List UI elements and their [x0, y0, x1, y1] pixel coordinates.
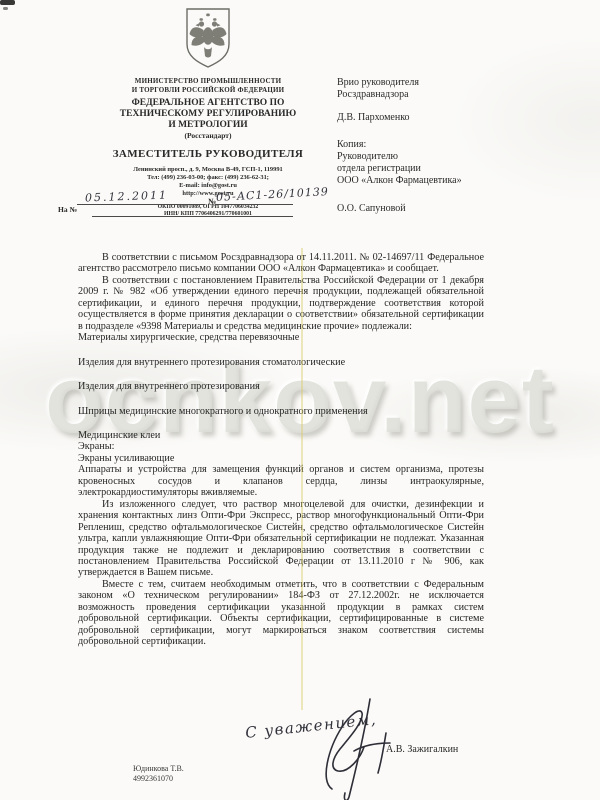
incoming-number-label: На №	[58, 205, 77, 214]
list-item: Медицинские клеи	[78, 430, 484, 441]
executor-name: Юдинкова Т.В.	[133, 764, 184, 774]
list-item: Изделия для внутреннего протезирования с…	[78, 357, 484, 368]
recipient-position-line2: Росздравнадзора	[337, 89, 567, 101]
inn-kpp: ИНН/ КПП 7706406291/770601001	[85, 211, 331, 218]
russian-coat-of-arms-icon	[182, 6, 234, 75]
letter-body: В соответствии с письмом Росздравнадзора…	[78, 252, 484, 648]
ministry-name: МИНИСТЕРСТВО ПРОМЫШЛЕННОСТИ И ТОРГОВЛИ Р…	[85, 77, 331, 94]
contact-address: Ленинский просп., д. 9, Москва В-49, ГСП…	[85, 166, 331, 174]
incoming-number-underline	[92, 216, 293, 217]
list-item: Материалы хирургические, средства перевя…	[78, 332, 484, 343]
fold-line-artifact	[301, 248, 303, 710]
list-item: Изделия для внутреннего протезирования	[78, 381, 484, 392]
list-item: Шприцы медицинские многократного и однок…	[78, 406, 484, 417]
paragraph-1: В соответствии с письмом Росздравнадзора…	[78, 252, 484, 275]
executor-block: Юдинкова Т.В. 4992361070	[133, 764, 184, 784]
agency-short-name: (Росстандарт)	[85, 131, 331, 140]
letter-page: ocnkov.net	[0, 0, 600, 800]
recipient-position-line1: Врио руководителя	[337, 77, 567, 89]
recipient-name: Д.В. Пархоменко	[337, 112, 567, 124]
contact-phone: Тел: (499) 236-03-00; факс: (499) 236-62…	[85, 174, 331, 182]
scan-speck-artifact	[3, 7, 8, 10]
paragraph-4: Вместе с тем, считаем необходимым отмети…	[78, 579, 484, 648]
date-underline	[77, 204, 205, 205]
recipient-block: Врио руководителя Росздравнадзора Д.В. П…	[337, 77, 567, 215]
list-item: Экраны:	[78, 441, 484, 452]
copy-recipient-line3: ООО «Алкон Фармацевтика»	[337, 175, 567, 187]
agency-name: ФЕДЕРАЛЬНОЕ АГЕНТСТВО ПО ТЕХНИЧЕСКОМУ РЕ…	[85, 98, 331, 130]
number-underline	[215, 204, 293, 205]
copy-label: Копия:	[337, 139, 567, 151]
copy-recipient-line1: Руководителю	[337, 151, 567, 163]
list-item: Экраны усиливающие	[78, 453, 484, 464]
paragraph-3: Из изложенного следует, что раствор мног…	[78, 499, 484, 579]
signatory-name: А.В. Зажигалкин	[386, 744, 458, 755]
executor-phone: 4992361070	[133, 774, 184, 784]
list-item: Аппараты и устройства для замещения функ…	[78, 464, 484, 498]
paragraph-2: В соответствии с постановлением Правител…	[78, 275, 484, 332]
position-title: ЗАМЕСТИТЕЛЬ РУКОВОДИТЕЛЯ	[85, 148, 331, 160]
scan-smudge-artifact	[0, 0, 15, 5]
copy-recipient-line2: отдела регистрации	[337, 163, 567, 175]
copy-recipient-name: О.О. Сапуновой	[337, 203, 567, 215]
